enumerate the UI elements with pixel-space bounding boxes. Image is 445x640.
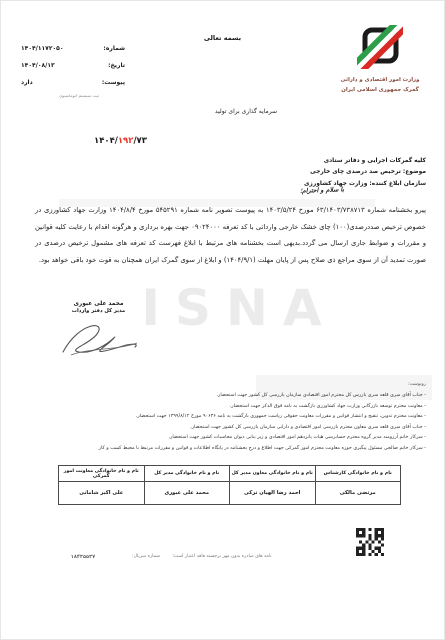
circular-reference-number: ۱۴۰۴/۱۹۲/۷۳ bbox=[94, 136, 147, 146]
cc-item: - سرکار خانم صالحی مسئول پیگیری حوزه معا… bbox=[31, 444, 426, 455]
value-cell-deputy-director: احمد رضا الهیان ترکی bbox=[230, 482, 316, 505]
date-label: تاریخ: bbox=[108, 57, 125, 74]
qr-code-icon bbox=[356, 528, 384, 560]
signer-name: محمد علی عبوری bbox=[46, 301, 151, 307]
serial-number-value: ۱۸۴۳۵۵۳۷ bbox=[59, 554, 107, 560]
isna-watermark: ISNA bbox=[129, 279, 349, 337]
reference-part1: ۱۴۰۴/ bbox=[94, 136, 118, 146]
validity-note: نامه های صادره بدون مهر برجسته فاقد اعتب… bbox=[167, 554, 277, 559]
cc-block: رونوشت: - جناب آقای میری قلعه سری بازرس … bbox=[31, 382, 426, 455]
recipient-to: کلیه گمرکات اجرایی و دفاتر ستادی bbox=[304, 156, 426, 167]
letter-meta-block: شماره: ۱۴۰۴/۱۱۷۲۰۵۰ تاریخ: ۱۴۰۴/۰۸/۱۳ پی… bbox=[21, 40, 125, 91]
value-cell-expert: مرتضی مالکی bbox=[315, 482, 401, 505]
scanned-letter-page: ISNA بسمه تعالی وزارت امور اقتصادی و دار… bbox=[0, 0, 445, 640]
serial-number-label: شماره سریال: bbox=[127, 554, 165, 559]
letter-subject: موضوع: ترخیص صد درصدی چای خارجی bbox=[304, 167, 426, 178]
reference-highlight: ۱۹۲ bbox=[118, 136, 134, 146]
letter-number-row: شماره: ۱۴۰۴/۱۱۷۲۰۵۰ bbox=[21, 40, 125, 57]
cc-item: - سرکار خانم آرزومند مدیر گروه محترم حسا… bbox=[31, 433, 426, 444]
letter-body-paragraph: پیرو بخشنامه شماره ۶۳/۱۴۰۳/۷۳۸۷۱۳ مورخ ۱… bbox=[35, 202, 426, 268]
header-cell-deputy-director: نام و نام خانوادگی معاون مدیر کل bbox=[230, 466, 316, 482]
handwritten-signature-icon bbox=[46, 314, 151, 364]
header-cell-director-general: نام و نام خانوادگی مدیر کل bbox=[144, 466, 230, 482]
attachment-value: دارد bbox=[21, 74, 33, 91]
reference-part2: /۷۳ bbox=[133, 136, 146, 146]
table-value-row: مرتضی مالکی احمد رضا الهیان ترکی محمد عل… bbox=[59, 482, 401, 505]
number-label: شماره: bbox=[103, 40, 125, 57]
date-value: ۱۴۰۴/۰۸/۱۳ bbox=[21, 57, 55, 74]
slogan-text: سرمایه گذاری برای تولید bbox=[181, 108, 311, 115]
approval-signoff-table: نام و نام خانوادگی کارشناس نام و نام خان… bbox=[58, 465, 401, 505]
cc-label: رونوشت: bbox=[31, 382, 426, 387]
table-header-row: نام و نام خانوادگی کارشناس نام و نام خان… bbox=[59, 466, 401, 482]
cc-item: - جناب آقای میری قلعه سری بازرس کل محترم… bbox=[31, 391, 426, 402]
org-name-block: وزارت امور اقتصادی و دارائی گمرک جمهوری … bbox=[319, 75, 441, 95]
header-cell-expert: نام و نام خانوادگی کارشناس bbox=[315, 466, 401, 482]
cc-item: - جناب آقای میری قلعه سری معاون محترم با… bbox=[31, 423, 426, 434]
automation-note: ثبت سیستم اتوماسیون bbox=[39, 93, 119, 98]
cc-item: - معاونت محترم تدوین، تنقیح و انتشار قوا… bbox=[31, 412, 426, 423]
handwritten-salutation: با سلام و احترام؛ bbox=[300, 186, 344, 195]
letter-attachment-row: پیوست: دارد bbox=[21, 74, 125, 91]
attachment-label: پیوست: bbox=[102, 74, 125, 91]
value-cell-director-general: محمد علی عبوری bbox=[144, 482, 230, 505]
number-value: ۱۴۰۴/۱۱۷۲۰۵۰ bbox=[21, 40, 63, 57]
cc-item: - معاونت محترم توسعه بازرگانی وزارت جهاد… bbox=[31, 402, 426, 413]
customs-emblem-icon bbox=[334, 25, 426, 73]
signature-block: محمد علی عبوری مدیر کل دفتر واردات bbox=[46, 301, 151, 364]
org-line-customs: گمرک جمهوری اسلامی ایران bbox=[319, 85, 441, 95]
value-cell-customs-deputy: علی اکبر شامانی bbox=[59, 482, 145, 505]
header-cell-customs-deputy: نام و نام خانوادگی معاونت امور گمرکی bbox=[59, 466, 145, 482]
org-line-ministry: وزارت امور اقتصادی و دارائی bbox=[319, 75, 441, 85]
recipient-block: کلیه گمرکات اجرایی و دفاتر ستادی موضوع: … bbox=[304, 156, 426, 190]
letter-date-row: تاریخ: ۱۴۰۴/۰۸/۱۳ bbox=[21, 57, 125, 74]
